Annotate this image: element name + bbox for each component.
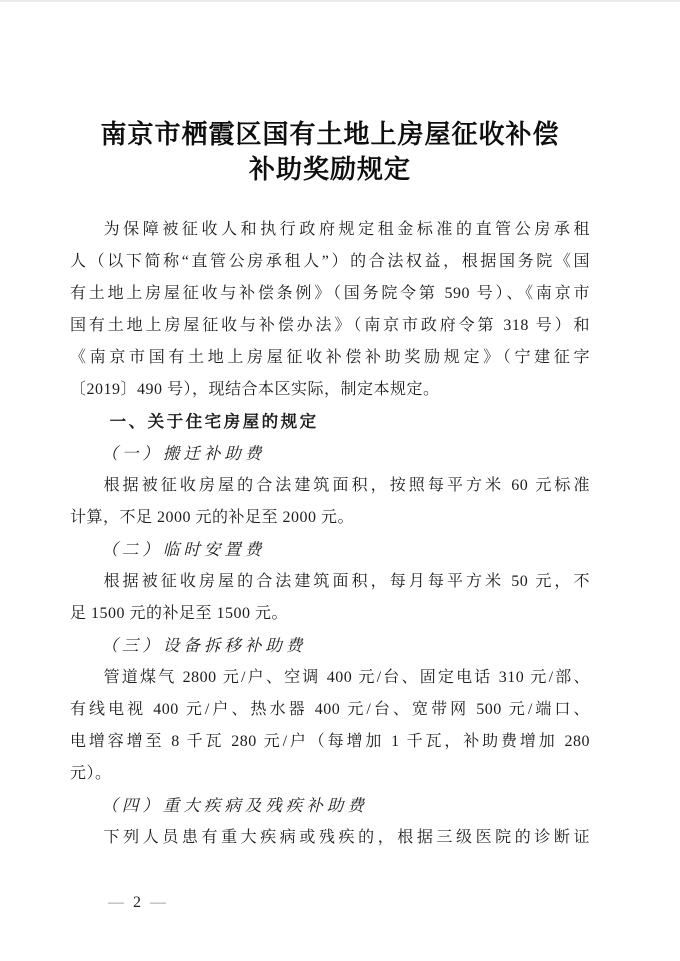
paragraph-line: 为保障被征收人和执行政府规定租金标准的直管公房承租 [70,214,590,246]
footer-number: 2 [133,895,141,911]
paragraph-line: 《南京市国有土地上房屋征收补偿补助奖励规定》（宁建征字 [70,342,590,374]
paragraph-line: 元）。 [70,758,590,790]
paragraph-line: 有线电视 400 元/户、热水器 400 元/台、宽带网 500 元/端口、 [70,694,590,726]
paragraph-line: 国有土地上房屋征收与补偿办法》（南京市政府令第 318 号）和 [70,310,590,342]
paragraph-line: 电增容增至 8 千瓦 280 元/户（每增加 1 千瓦，补助费增加 280 [70,726,590,758]
footer-dash-left: — [108,895,124,911]
paragraph-line: 足 1500 元的补足至 1500 元。 [70,598,590,630]
subsection-heading: （三）设备拆移补助费 [70,630,590,662]
subsection-heading: （二）临时安置费 [70,534,590,566]
subsection-heading: （一）搬迁补助费 [70,438,590,470]
document-title: 南京市栖霞区国有土地上房屋征收补偿 补助奖励规定 [70,117,590,187]
footer-dash-right: — [150,895,166,911]
paragraph-line: 人（以下简称“直管公房承租人”）的合法权益，根据国务院《国 [70,246,590,278]
document-body: 为保障被征收人和执行政府规定租金标准的直管公房承租 人（以下简称“直管公房承租人… [70,214,590,854]
paragraph-line: 根据被征收房屋的合法建筑面积，按照每平方米 60 元标准 [70,470,590,502]
paragraph-line: 有土地上房屋征收与补偿条例》（国务院令第 590 号）、《南京市 [70,278,590,310]
section-heading: 一、关于住宅房屋的规定 [70,406,590,438]
paragraph-line: 计算，不足 2000 元的补足至 2000 元。 [70,502,590,534]
page-number: — 2 — [108,895,166,911]
paragraph-line: 管道煤气 2800 元/户、空调 400 元/台、固定电话 310 元/部、 [70,662,590,694]
paragraph-line: 下列人员患有重大疾病或残疾的，根据三级医院的诊断证 [70,822,590,854]
paragraph-line: 根据被征收房屋的合法建筑面积，每月每平方米 50 元，不 [70,566,590,598]
subsection-heading: （四）重大疾病及残疾补助费 [70,790,590,822]
title-line-1: 南京市栖霞区国有土地上房屋征收补偿 [70,117,590,152]
paragraph-line: 〔2019〕490 号），现结合本区实际，制定本规定。 [70,374,590,406]
title-line-2: 补助奖励规定 [70,152,590,187]
document-page: 南京市栖霞区国有土地上房屋征收补偿 补助奖励规定 为保障被征收人和执行政府规定租… [0,0,680,961]
